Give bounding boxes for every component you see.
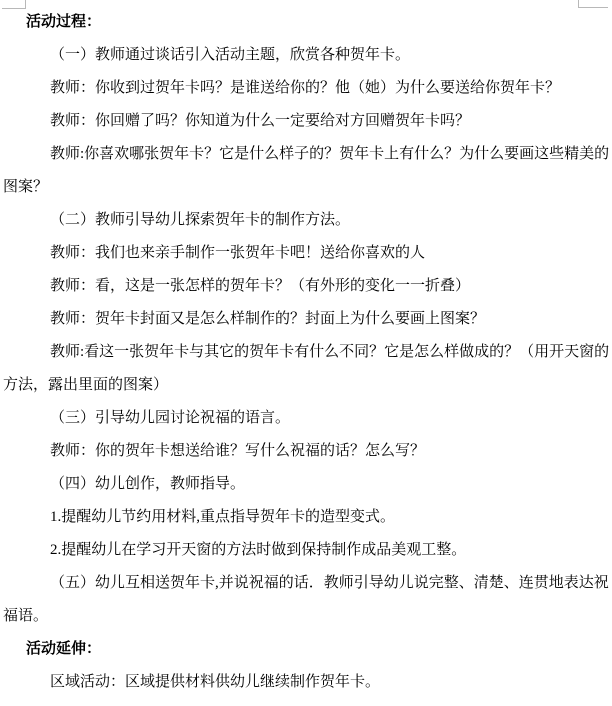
body-paragraph: 2.提醒幼儿在学习开天窗的方法时做到保持制作成品美观工整。 [3, 534, 610, 567]
body-paragraph: （二）教师引导幼儿探索贺年卡的制作方法。 [3, 204, 610, 237]
body-paragraph: （三）引导幼儿园讨论祝福的语言。 [3, 402, 610, 435]
body-paragraph: 教师：你收到过贺年卡吗？是谁送给你的？他（她）为什么要送给你贺年卡？ [3, 72, 610, 105]
body-paragraph: 1.提醒幼儿节约用材料,重点指导贺年卡的造型变式。 [3, 501, 610, 534]
document-body: 活动过程：（一）教师通过谈话引入活动主题，欣赏各种贺年卡。教师：你收到过贺年卡吗… [3, 6, 610, 699]
body-paragraph: 区域活动：区域提供材料供幼儿继续制作贺年卡。 [3, 666, 610, 699]
body-paragraph: 教师：贺年卡封面又是怎么样制作的？封面上为什么要画上图案？ [3, 303, 610, 336]
document-page: 活动过程：（一）教师通过谈话引入活动主题，欣赏各种贺年卡。教师：你收到过贺年卡吗… [0, 0, 612, 706]
body-paragraph: 教师:你喜欢哪张贺年卡？它是什么样子的？贺年卡上有什么？为什么要画这些精美的图案… [3, 138, 610, 204]
body-paragraph: 教师：看，这是一张怎样的贺年卡？（有外形的变化一一折叠） [3, 270, 610, 303]
body-paragraph: （一）教师通过谈话引入活动主题，欣赏各种贺年卡。 [3, 39, 610, 72]
section-heading: 活动延伸： [3, 633, 610, 666]
body-paragraph: （四）幼儿创作，教师指导。 [3, 468, 610, 501]
body-paragraph: （五）幼儿互相送贺年卡,并说祝福的话．教师引导幼儿说完整、清楚、连贯地表达祝福语… [3, 567, 610, 633]
section-heading: 活动过程： [3, 6, 610, 39]
body-paragraph: 教师:看这一张贺年卡与其它的贺年卡有什么不同？它是怎么样做成的？（用开天窗的方法… [3, 336, 610, 402]
body-paragraph: 教师：我们也来亲手制作一张贺年卡吧！送给你喜欢的人 [3, 237, 610, 270]
body-paragraph: 教师：你回赠了吗？你知道为什么一定要给对方回赠贺年卡吗？ [3, 105, 610, 138]
body-paragraph: 教师：你的贺年卡想送给谁？写什么祝福的话？怎么写？ [3, 435, 610, 468]
